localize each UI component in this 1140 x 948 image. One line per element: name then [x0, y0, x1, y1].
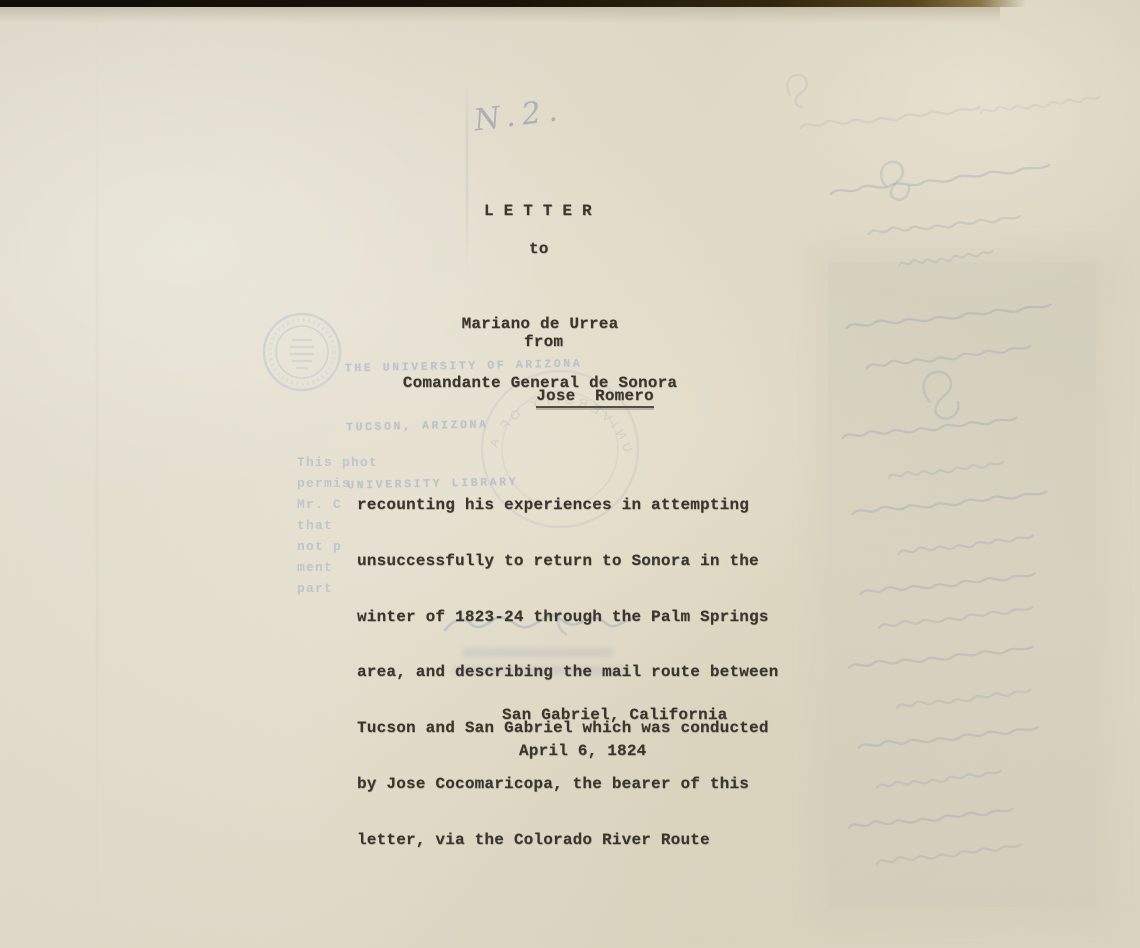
document-title: L E T T E R — [484, 202, 592, 220]
photo-edge-shadow — [0, 7, 1000, 23]
handwriting-stroke — [868, 214, 1020, 235]
sender-name-text: Jose Romero — [536, 387, 654, 408]
place-line: San Gabriel, California — [502, 706, 727, 724]
handwriting-stroke — [858, 725, 1038, 749]
summary-line: area, and describing the mail route betw… — [357, 663, 778, 683]
handwriting-stroke — [897, 688, 1032, 710]
handwriting-stroke — [877, 843, 1022, 866]
handwriting-stroke — [848, 645, 1033, 670]
date-line: April 6, 1824 — [519, 742, 646, 760]
summary-line: winter of 1823-24 through the Palm Sprin… — [357, 608, 778, 628]
handwriting-stroke — [899, 249, 994, 268]
handwriting-stroke — [879, 605, 1034, 629]
handwriting-stroke — [846, 303, 1050, 330]
handwriting-bleedthrough — [800, 95, 1100, 866]
handwriting-stroke — [831, 163, 1050, 195]
summary-line: recounting his experiences in attempting — [357, 496, 778, 516]
handwriting-stroke — [867, 344, 1031, 370]
handwriting-stroke — [981, 95, 1101, 115]
recipient-name: Mariano de Urrea — [340, 315, 740, 335]
from-label: from — [524, 333, 563, 351]
summary-line: unsuccessfully to return to Sonora in th… — [357, 552, 778, 572]
handwriting-stroke — [899, 534, 1034, 556]
summary-line: letter, via the Colorado River Route — [357, 831, 778, 851]
handwriting-stroke — [889, 460, 1004, 480]
handwriting-stroke — [852, 490, 1047, 516]
summary-paragraph: recounting his experiences in attempting… — [357, 460, 778, 887]
university-seal-icon — [264, 314, 340, 390]
handwriting-stroke — [860, 572, 1035, 596]
scanned-letter-page: N.2. THE UNIVERSITY OF ARIZONA TUCSON, A… — [0, 0, 1140, 948]
handwriting-stroke — [848, 807, 1013, 830]
to-label: to — [529, 240, 549, 258]
photo-dark-edge — [0, 0, 1140, 7]
sender-name: Jose Romero — [497, 369, 654, 423]
handwriting-stroke — [877, 769, 1002, 790]
handwriting-stroke — [800, 105, 980, 129]
handwriting-stroke — [842, 416, 1017, 440]
summary-line: by Jose Cocomaricopa, the bearer of this — [357, 775, 778, 795]
handwriting-flourish — [787, 75, 958, 419]
